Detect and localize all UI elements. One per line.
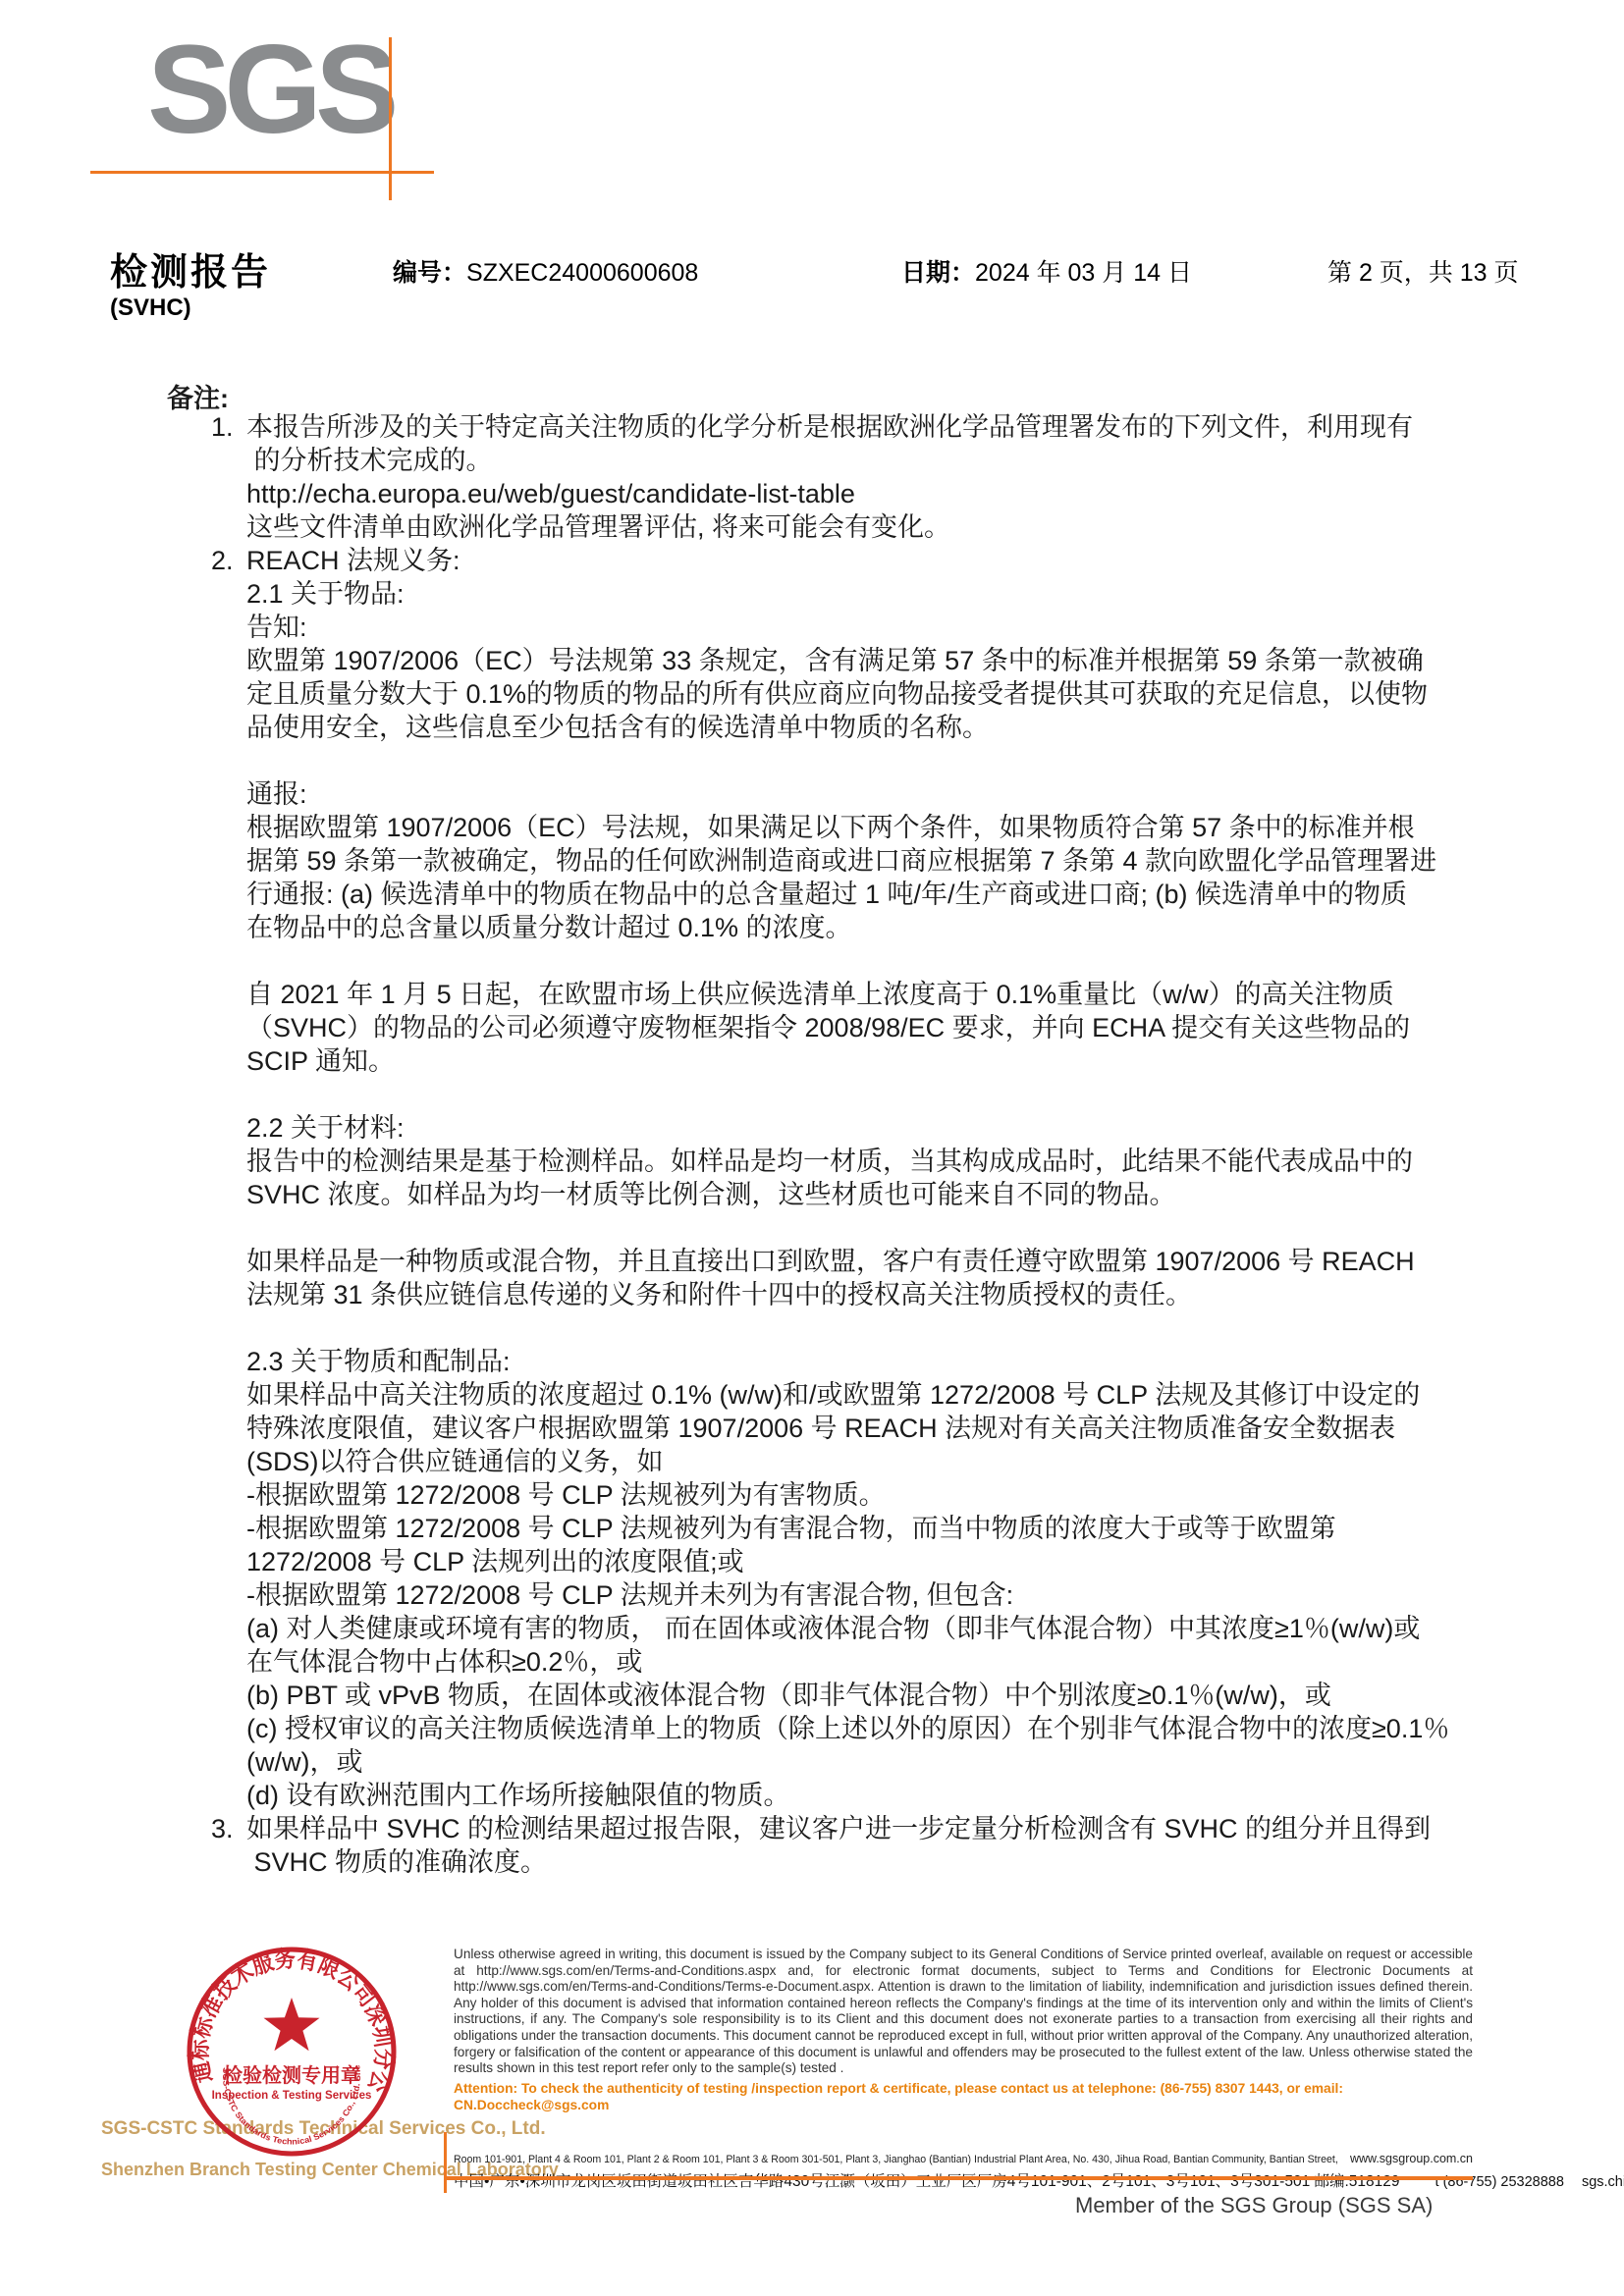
text-line: 2.2 关于材料: (246, 1111, 1478, 1145)
text-line: 告知: (246, 611, 1478, 644)
text-line: 这些文件清单由欧洲化学品管理署评估, 将来可能会有变化。 (246, 510, 1478, 544)
text-line: 法规第 31 条供应链信息传递的义务和附件十四中的授权高关注物质授权的责任。 (246, 1278, 1478, 1311)
text-line: SVHC 浓度。如样品为均一材质等比例合测，这些材质也可能来自不同的物品。 (246, 1178, 1478, 1211)
report-date: 日期：2024 年 03 月 14 日 (901, 253, 1192, 289)
note-item-3: 3. 如果样品中 SVHC 的检测结果超过报告限，建议客户进一步定量分析检测含有… (211, 1812, 1478, 1879)
text-line: SVHC 物质的准确浓度。 (246, 1845, 1478, 1879)
report-date-value: 2024 年 03 月 14 日 (975, 259, 1192, 287)
note-text: 如果样品中 SVHC 的检测结果超过报告限，建议客户进一步定量分析检测含有 SV… (246, 1812, 1478, 1879)
page-indicator: 第 2 页，共 13 页 (1327, 253, 1519, 289)
text-line: 1272/2008 号 CLP 法规列出的浓度限值;或 (246, 1545, 1478, 1578)
text-line: (SDS)以符合供应链通信的义务，如 (246, 1445, 1478, 1478)
address-vertical-rule (444, 2132, 447, 2193)
stamp-star-icon (264, 1998, 320, 2051)
authenticity-attention: Attention: To check the authenticity of … (454, 2080, 1473, 2113)
text-line (246, 944, 1478, 978)
page-title: 检测报告 (110, 241, 271, 295)
text-line: 本报告所涉及的关于特定高关注物质的化学分析是根据欧洲化学品管理署发布的下列文件，… (246, 410, 1478, 444)
text-line: 如果样品中 SVHC 的检测结果超过报告限，建议客户进一步定量分析检测含有 SV… (246, 1812, 1478, 1845)
text-line: 自 2021 年 1 月 5 日起，在欧盟市场上供应候选清单上浓度高于 0.1%… (246, 978, 1478, 1011)
text-line (246, 1078, 1478, 1111)
text-line: 在物品中的总含量以质量分数计超过 0.1% 的浓度。 (246, 911, 1478, 944)
email-address: sgs.china@sgs.com (1582, 2174, 1624, 2190)
note-text: REACH 法规义务:2.1 关于物品:告知:欧盟第 1907/2006（EC）… (246, 544, 1478, 1812)
page-subtitle: (SVHC) (110, 294, 191, 322)
note-number: 3. (211, 1812, 246, 1879)
report-date-label: 日期： (901, 259, 975, 287)
text-line: http://echa.europa.eu/web/guest/candidat… (246, 477, 1478, 510)
text-line (246, 1211, 1478, 1245)
legal-disclaimer: Unless otherwise agreed in writing, this… (454, 1947, 1473, 2077)
text-line: 根据欧盟第 1907/2006（EC）号法规，如果满足以下两个条件，如果物质符合… (246, 811, 1478, 844)
address-row-chinese: 中国•广东•深圳市龙岗区坂田街道坂田社区吉华路430号江灏（坂田）工业厂区厂房4… (454, 2169, 1473, 2191)
note-item-1: 1. 本报告所涉及的关于特定高关注物质的化学分析是根据欧洲化学品管理署发布的下列… (211, 410, 1478, 544)
text-line: 定且质量分数大于 0.1%的物质的物品的所有供应商应向物品接受者提供其可获取的充… (246, 677, 1478, 711)
text-line: 据第 59 条第一款被确定，物品的任何欧洲制造商或进口商应根据第 7 条第 4 … (246, 844, 1478, 878)
text-line: 如果样品是一种物质或混合物，并且直接出口到欧盟，客户有责任遵守欧盟第 1907/… (246, 1245, 1478, 1278)
text-line: 2.1 关于物品: (246, 577, 1478, 611)
text-line: SCIP 通知。 (246, 1044, 1478, 1078)
note-text: 本报告所涉及的关于特定高关注物质的化学分析是根据欧洲化学品管理署发布的下列文件，… (246, 410, 1478, 544)
note-item-2: 2. REACH 法规义务:2.1 关于物品:告知:欧盟第 1907/2006（… (211, 544, 1478, 1812)
text-line: （SVHC）的物品的公司必须遵守废物框架指令 2008/98/EC 要求，并向 … (246, 1011, 1478, 1044)
footer-legal-block: Unless otherwise agreed in writing, this… (454, 1947, 1473, 2113)
stamp-center-english: Inspection & Testing Services (212, 2090, 372, 2102)
notes-list: 1. 本报告所涉及的关于特定高关注物质的化学分析是根据欧洲化学品管理署发布的下列… (211, 410, 1478, 1879)
sgs-membership-note: Member of the SGS Group (SGS SA) (1075, 2193, 1433, 2218)
text-line: 的分析技术完成的。 (246, 444, 1478, 477)
report-number: 编号：SZXEC24000600608 (393, 253, 698, 289)
sgs-logo: SGS (147, 27, 392, 153)
text-line: -根据欧盟第 1272/2008 号 CLP 法规被列为有害混合物，而当中物质的… (246, 1512, 1478, 1545)
text-line: 如果样品中高关注物质的浓度超过 0.1% (w/w)和/或欧盟第 1272/20… (246, 1378, 1478, 1412)
logo-horizontal-rule (90, 171, 434, 174)
text-line: 通报: (246, 777, 1478, 811)
text-line: 报告中的检测结果是基于检测样品。如样品是均一材质，当其构成成品时，此结果不能代表… (246, 1145, 1478, 1178)
text-line: 2.3 关于物质和配制品: (246, 1345, 1478, 1378)
footer-orange-rule (447, 2176, 1473, 2180)
text-line: REACH 法规义务: (246, 544, 1478, 577)
report-number-value: SZXEC24000600608 (466, 259, 698, 287)
address-chinese: 中国•广东•深圳市龙岗区坂田街道坂田社区吉华路430号江灏（坂田）工业厂区厂房4… (454, 2169, 1400, 2191)
text-line: (c) 授权审议的高关注物质候选清单上的物质（除上述以外的原因）在个别非气体混合… (246, 1712, 1478, 1745)
address-row-english: Room 101-901, Plant 4 & Room 101, Plant … (454, 2152, 1473, 2165)
logo-vertical-rule (389, 37, 392, 200)
text-line: 特殊浓度限值，建议客户根据欧盟第 1907/2006 号 REACH 法规对有关… (246, 1412, 1478, 1445)
text-line: (d) 设有欧洲范围内工作场所接触限值的物质。 (246, 1779, 1478, 1812)
report-page: SGS 检测报告 (SVHC) 编号：SZXEC24000600608 日期：2… (0, 0, 1624, 2296)
footer-address-block: Room 101-901, Plant 4 & Room 101, Plant … (454, 2152, 1473, 2191)
text-line (246, 1311, 1478, 1345)
text-line: (w/w)，或 (246, 1745, 1478, 1779)
text-line: 品使用安全，这些信息至少包括含有的候选清单中物质的名称。 (246, 711, 1478, 744)
text-line: (a) 对人类健康或环境有害的物质， 而在固体或液体混合物（即非气体混合物）中其… (246, 1612, 1478, 1645)
note-number: 1. (211, 410, 246, 544)
text-line: 欧盟第 1907/2006（EC）号法规第 33 条规定，含有满足第 57 条中… (246, 644, 1478, 677)
address-english: Room 101-901, Plant 4 & Room 101, Plant … (454, 2154, 1340, 2165)
text-line: 在气体混合物中占体积≥0.2％，或 (246, 1645, 1478, 1679)
stamp-center-chinese: 检验检测专用章 (223, 2063, 360, 2087)
text-line: (b) PBT 或 vPvB 物质，在固体或液体混合物（即非气体混合物）中个别浓… (246, 1679, 1478, 1712)
inspection-stamp-seal: 通标标准技术服务有限公司深圳分公司 SGS-CSTC Standards Tec… (184, 1944, 400, 2160)
website-url: www.sgsgroup.com.cn (1350, 2152, 1473, 2165)
note-number: 2. (211, 544, 246, 1812)
report-number-label: 编号： (393, 259, 466, 287)
text-line: -根据欧盟第 1272/2008 号 CLP 法规并未列为有害混合物, 但包含: (246, 1578, 1478, 1612)
text-line: 行通报: (a) 候选清单中的物质在物品中的总含量超过 1 吨/年/生产商或进口… (246, 878, 1478, 911)
text-line: -根据欧盟第 1272/2008 号 CLP 法规被列为有害物质。 (246, 1478, 1478, 1512)
text-line (246, 744, 1478, 777)
